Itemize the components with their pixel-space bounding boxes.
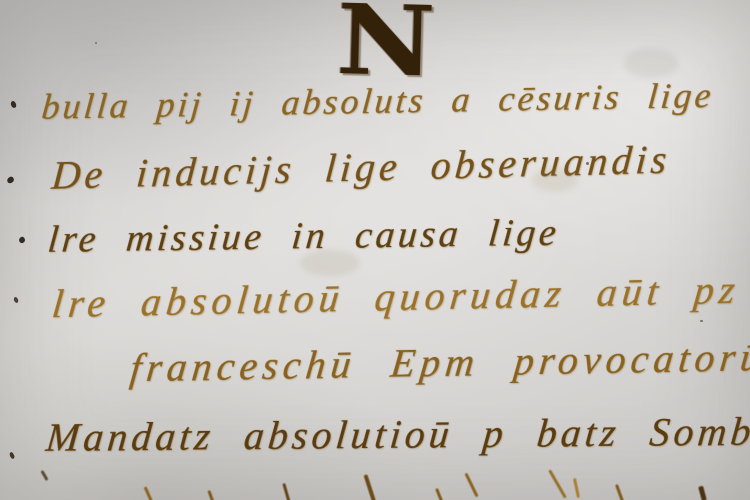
line-text: lre missiue in causa lige (46, 211, 561, 262)
cutoff-line-stroke (207, 490, 215, 500)
bullet-mark (18, 236, 26, 244)
bullet-mark (6, 176, 15, 185)
ink-stain (532, 168, 578, 192)
initial-letter: N (335, 0, 436, 91)
line-text: franceschū Epm provocatorū (128, 333, 750, 391)
bullet-mark (9, 451, 16, 459)
cutoff-line-stroke (698, 486, 707, 500)
bullet-mark (10, 100, 18, 109)
text-line: De inducijs lige obseruandis (0, 152, 750, 216)
bullet-mark (13, 296, 19, 303)
text-line: Mandatz absolutioū p batz Sombo (0, 414, 750, 478)
text-line: franceschū Epm provocatorū (0, 344, 750, 408)
cutoff-line-stroke (282, 483, 290, 500)
cutoff-line-stroke (144, 486, 156, 500)
paper-speck (586, 162, 589, 165)
paper-smudge (300, 250, 360, 276)
paper-speck (95, 42, 97, 44)
cutoff-line-stroke (615, 484, 624, 500)
manuscript-page: N bulla pij ij absoluts a cēsuris lige D… (0, 0, 750, 500)
paper-smudge (624, 48, 678, 78)
line-text: bulla pij ij absoluts a cēsuris lige (40, 74, 716, 128)
paper-speck (700, 320, 703, 322)
cutoff-line-stroke (573, 478, 580, 498)
cutoff-line-stroke (435, 488, 444, 500)
line-text: Mandatz absolutioū p batz Sombo (44, 408, 750, 461)
